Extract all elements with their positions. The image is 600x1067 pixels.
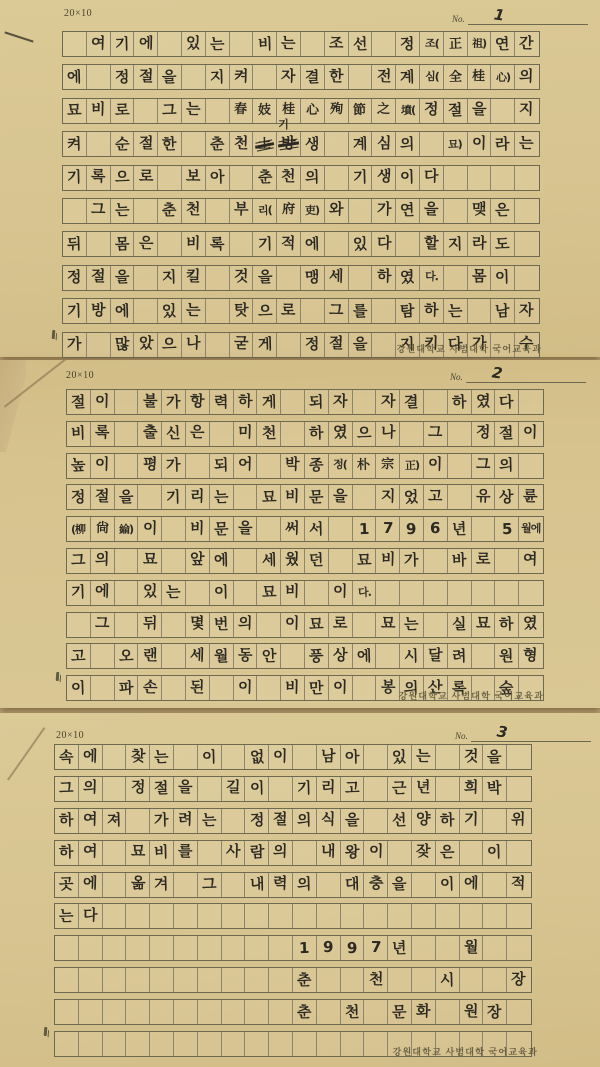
grid-cell xyxy=(222,1000,246,1024)
grid-cell: 나 xyxy=(182,333,206,357)
grid-cell: 은 xyxy=(436,841,460,865)
handwritten-char: 고 xyxy=(71,649,86,664)
grid-cell xyxy=(150,1000,174,1024)
handwritten-char: 번 xyxy=(214,617,229,632)
grid-cell: 절 xyxy=(134,65,158,89)
grid-cell xyxy=(353,676,377,700)
grid-cell xyxy=(174,968,198,992)
grid-cell xyxy=(174,904,198,928)
grid-cell: 정 xyxy=(472,422,496,446)
grid-cell: 옮 xyxy=(126,873,150,897)
handwritten-char: 로 xyxy=(333,616,348,631)
grid-cell xyxy=(150,904,174,928)
handwritten-char: 墳( xyxy=(400,105,414,116)
grid-cell: 의 xyxy=(79,777,103,801)
handwritten-char: 1 xyxy=(359,522,370,537)
handwritten-char: 지 xyxy=(162,270,177,285)
handwritten-char: 을 xyxy=(344,813,359,828)
grid-row: 비록출신은미천하였으나그정절이 xyxy=(66,421,544,447)
handwritten-char: 남 xyxy=(495,303,510,318)
handwritten-char: 로 xyxy=(115,103,130,118)
grid-cell: 보 xyxy=(182,166,206,190)
handwritten-char: 켜 xyxy=(234,69,249,84)
grid-cell xyxy=(317,873,341,897)
handwritten-char: 월 xyxy=(214,649,229,664)
handwritten-char: 로 xyxy=(281,302,296,317)
handwritten-char: 장 xyxy=(511,972,526,987)
handwritten-char: 있 xyxy=(352,237,367,252)
grid-cell: 비 xyxy=(67,422,91,446)
grid-cell: 之 xyxy=(372,99,396,123)
handwritten-char: 다 xyxy=(424,169,439,184)
grid-cell: 절 xyxy=(87,266,111,290)
grid-cell: 이 xyxy=(245,777,269,801)
handwritten-char: 절 xyxy=(329,336,344,351)
grid-cell xyxy=(134,99,158,123)
handwritten-char: 의 xyxy=(297,877,312,892)
grid-cell xyxy=(483,809,507,833)
grid-cell xyxy=(424,390,448,414)
grid-cell: 9 xyxy=(400,517,424,541)
grid-cell: 을 xyxy=(234,517,258,541)
grid-cell xyxy=(87,132,111,156)
grid-cell xyxy=(388,968,412,992)
handwritten-char: 절 xyxy=(154,781,169,796)
grid-cell xyxy=(115,549,139,573)
grid-cell xyxy=(507,1000,530,1024)
handwritten-char: 연 xyxy=(495,36,510,51)
handwritten-char: 리 xyxy=(321,780,336,795)
grid-cell xyxy=(341,1032,365,1056)
handwritten-char: 몸 xyxy=(115,237,130,252)
grid-cell: 선 xyxy=(388,809,412,833)
handwritten-char: 그 xyxy=(162,103,177,118)
grid-cell xyxy=(186,454,210,478)
grid-cell: 내 xyxy=(317,841,341,865)
grid-cell xyxy=(103,1032,127,1056)
handwritten-char: 하 xyxy=(309,426,324,441)
handwritten-char: 묘 xyxy=(261,490,276,505)
grid-cell: 절 xyxy=(67,390,91,414)
grid-cell xyxy=(234,549,258,573)
grid-cell: 조 xyxy=(325,32,349,56)
handwritten-char: 이 xyxy=(238,679,253,694)
handwritten-char: 宗 xyxy=(381,458,394,471)
handwritten-char: 속 xyxy=(59,749,74,764)
grid-cell xyxy=(206,266,230,290)
university-stamp: 강원대학교 사범대학 국어교육과 xyxy=(399,689,544,702)
handwritten-char: 신 xyxy=(166,426,181,441)
handwritten-char: 절 xyxy=(448,103,463,118)
handwritten-char: 킬 xyxy=(186,269,201,284)
handwritten-char: 에 xyxy=(214,553,229,568)
handwritten-char: 자 xyxy=(380,393,395,408)
grid-cell: 정 xyxy=(67,485,91,509)
grid-cell xyxy=(55,936,79,960)
grid-cell: 기 xyxy=(293,777,317,801)
handwritten-char: 양 xyxy=(416,812,431,827)
grid-cell: 정 xyxy=(111,65,135,89)
grid-cell xyxy=(519,390,542,414)
grid-cell xyxy=(162,517,186,541)
grid-cell xyxy=(222,745,246,769)
grid-cell: 이 xyxy=(281,613,305,637)
paper-size-label: 20×10 xyxy=(56,730,84,741)
grid-cell xyxy=(468,299,492,323)
handwritten-char: 하 xyxy=(238,393,253,408)
grid-cell xyxy=(436,777,460,801)
handwritten-char: 불 xyxy=(142,393,157,408)
manuscript-page-2: 20×10 No. 2 절이불가항력하게되자자결하였다비록출신은미천하였으나그정… xyxy=(0,360,600,708)
grid-cell xyxy=(174,1032,198,1056)
handwritten-char: 되 xyxy=(214,458,229,473)
grid-cell xyxy=(293,841,317,865)
handwritten-char: 결 xyxy=(305,70,320,85)
grid-cell: 묘 xyxy=(257,581,281,605)
handwritten-char: 절 xyxy=(138,69,153,84)
handwritten-char: 적 xyxy=(281,236,296,251)
grid-cell xyxy=(198,1000,222,1024)
grid-cell: 된 xyxy=(186,676,210,700)
margin-mark xyxy=(52,330,56,339)
handwritten-char: 풍 xyxy=(309,649,324,664)
grid-cell: 었 xyxy=(400,485,424,509)
grid-cell: 여 xyxy=(519,549,542,573)
grid-cell: 양 xyxy=(412,809,436,833)
page-number-handwritten: 1 xyxy=(493,5,506,24)
grid-cell: 다 xyxy=(79,904,103,928)
grid-cell xyxy=(222,968,246,992)
handwritten-char: 유 xyxy=(476,489,491,504)
handwritten-char: 心 xyxy=(306,104,319,117)
grid-cell: 묘 xyxy=(472,613,496,637)
handwritten-char: 많 xyxy=(115,337,130,352)
handwritten-char: 吏) xyxy=(305,205,319,216)
grid-cell xyxy=(138,485,162,509)
grid-cell: 을 xyxy=(420,199,444,223)
grid-cell xyxy=(515,199,538,223)
grid-cell: 뒤 xyxy=(63,232,87,256)
grid-cell: 박 xyxy=(483,777,507,801)
grid-cell: 비 xyxy=(281,581,305,605)
handwritten-char: 절 xyxy=(138,135,153,150)
grid-cell xyxy=(396,232,420,256)
grid-cell: 화 xyxy=(412,1000,436,1024)
grid-cell: 이 xyxy=(519,422,542,446)
grid-cell: 는 xyxy=(444,299,468,323)
handwritten-char: 이 xyxy=(440,877,455,892)
grid-cell: 절 xyxy=(495,422,519,446)
handwritten-char: 문 xyxy=(392,1004,407,1019)
handwritten-char: 尙 xyxy=(96,522,109,535)
grid-cell xyxy=(134,266,158,290)
grid-cell: 원 xyxy=(495,644,519,668)
grid-cell xyxy=(115,613,139,637)
grid-cell: 춘 xyxy=(158,199,182,223)
handwritten-char: 는 xyxy=(448,303,463,318)
handwritten-char: 이 xyxy=(472,135,487,150)
handwritten-char: 節 xyxy=(353,104,366,117)
grid-row: 고오랜세월동안풍상에시달려원형 xyxy=(66,643,544,669)
grid-cell: 여 xyxy=(79,809,103,833)
grid-cell xyxy=(103,873,127,897)
grid-cell xyxy=(206,333,230,357)
grid-cell: 묘 xyxy=(126,841,150,865)
handwritten-char: 선 xyxy=(392,813,407,828)
grid-cell: 는 xyxy=(150,745,174,769)
grid-cell xyxy=(79,1000,103,1024)
handwritten-char: 는 xyxy=(59,909,74,924)
handwritten-char: 에 xyxy=(83,748,98,763)
grid-cell: 게 xyxy=(253,333,277,357)
handwritten-char: 왕 xyxy=(344,845,359,860)
handwritten-char: 가 xyxy=(154,813,169,828)
handwritten-char: 하 xyxy=(59,813,74,828)
grid-cell: 기 xyxy=(162,485,186,509)
grid-cell: 다 xyxy=(495,390,519,414)
grid-cell: 유 xyxy=(472,485,496,509)
handwritten-char: 6 xyxy=(430,521,441,536)
grid-cell xyxy=(79,1032,103,1056)
handwritten-char: 기 xyxy=(464,812,479,827)
grid-cell: 하 xyxy=(55,809,79,833)
handwritten-char: 묘 xyxy=(261,585,276,600)
grid-cell xyxy=(103,841,127,865)
handwritten-char: 에 xyxy=(115,303,130,318)
grid-cell xyxy=(186,581,210,605)
grid-cell xyxy=(317,904,341,928)
grid-cell: 번 xyxy=(210,613,234,637)
grid-cell xyxy=(460,904,484,928)
grid-cell: 비 xyxy=(87,99,111,123)
grid-cell: 그 xyxy=(198,873,222,897)
handwritten-char: 이 xyxy=(333,679,348,694)
handwritten-char: 순 xyxy=(115,136,130,151)
handwritten-char: 자 xyxy=(281,69,296,84)
grid-cell xyxy=(436,936,460,960)
grid-cell: 봉 xyxy=(376,676,400,700)
handwritten-char: 桂 xyxy=(472,70,485,83)
handwritten-char: 문 xyxy=(309,490,324,505)
handwritten-char: 기 xyxy=(67,170,82,185)
grid-cell xyxy=(158,232,182,256)
grid-cell: 되 xyxy=(210,454,234,478)
grid-cell: 비 xyxy=(182,232,206,256)
handwritten-char: 비 xyxy=(154,845,169,860)
grid-row: 그는춘천부리(府吏)와가연을맺은 xyxy=(62,198,540,224)
handwritten-char: 시 xyxy=(440,973,455,988)
grid-cell: 실 xyxy=(448,613,472,637)
grid-cell: 록 xyxy=(87,166,111,190)
grid-cell xyxy=(412,968,436,992)
margin-mark xyxy=(44,1027,48,1036)
grid-cell: 출 xyxy=(138,422,162,446)
handwritten-char: 지 xyxy=(519,102,534,117)
grid-cell xyxy=(376,581,400,605)
grid-cell: 웠 xyxy=(281,549,305,573)
handwritten-char: 정 xyxy=(130,780,145,795)
handwritten-char: 조( xyxy=(424,37,438,48)
grid-cell xyxy=(126,809,150,833)
grid-cell xyxy=(277,266,301,290)
grid-cell: 문 xyxy=(388,1000,412,1024)
handwritten-char: 는 xyxy=(416,748,431,763)
handwritten-char: 종 xyxy=(309,458,324,473)
handwritten-char: 묘 xyxy=(356,553,371,568)
handwritten-char: 은 xyxy=(495,203,510,218)
grid-cell: 節 xyxy=(349,99,373,123)
grid-cell: 있 xyxy=(349,232,373,256)
handwritten-char: 정 xyxy=(476,425,491,440)
grid-cell xyxy=(182,65,206,89)
grid-cell: 그 xyxy=(158,99,182,123)
grid-cell: 의 xyxy=(515,65,538,89)
grid-cell: 은 xyxy=(186,422,210,446)
grid-cell: 져 xyxy=(103,809,127,833)
grid-cell xyxy=(210,676,234,700)
handwritten-char: 지 xyxy=(448,237,463,252)
grid-cell xyxy=(412,904,436,928)
grid-cell: 년 xyxy=(388,936,412,960)
grid-cell xyxy=(115,454,139,478)
grid-cell: 9 xyxy=(341,936,365,960)
grid-cell xyxy=(162,549,186,573)
handwritten-char: 였 xyxy=(333,425,348,440)
grid-cell: 몸 xyxy=(111,232,135,256)
handwritten-char: 는 xyxy=(115,203,130,218)
grid-cell: 에 xyxy=(460,873,484,897)
grid-cell: 아 xyxy=(341,745,365,769)
handwritten-char: 월 xyxy=(464,940,479,955)
handwritten-char: 9 xyxy=(323,940,334,955)
handwritten-char: 에 xyxy=(83,876,98,891)
handwritten-char: 형 xyxy=(523,648,538,663)
grid-cell xyxy=(198,841,222,865)
grid-cell: 결 xyxy=(301,65,325,89)
grid-cell: 가 xyxy=(400,549,424,573)
grid-cell xyxy=(491,99,515,123)
grid-cell: 굳 xyxy=(230,333,254,357)
grid-cell xyxy=(206,299,230,323)
handwritten-char: 내 xyxy=(321,844,336,859)
handwritten-char: 였 xyxy=(400,270,415,285)
grid-cell: 지 xyxy=(376,485,400,509)
grid-cell: 묘 xyxy=(138,549,162,573)
grid-cell xyxy=(269,1000,293,1024)
grid-cell: 장 xyxy=(507,968,530,992)
grid-row: 춘천시장 xyxy=(54,967,532,993)
grid-cell: 심 xyxy=(372,132,396,156)
grid-cell xyxy=(424,581,448,605)
grid-cell: 남 xyxy=(491,299,515,323)
grid-row: 속에찾는이없이남아있는것을 xyxy=(54,744,532,770)
grid-cell: 은 xyxy=(134,232,158,256)
grid-cell: 써 xyxy=(281,517,305,541)
grid-cell xyxy=(269,777,293,801)
handwritten-char: 옮 xyxy=(130,876,145,891)
grid-cell xyxy=(491,166,515,190)
handwritten-char: 잦 xyxy=(416,844,431,859)
handwritten-char: 비 xyxy=(285,679,300,694)
handwritten-char: 그 xyxy=(95,616,110,631)
grid-row: 에정절을지켜자결한전계심(全桂心)의 xyxy=(62,64,540,90)
grid-cell: 심( xyxy=(420,65,444,89)
handwritten-char: 심 xyxy=(376,135,391,150)
grid-cell xyxy=(277,333,301,357)
grid-cell: 1 xyxy=(353,517,377,541)
scanned-manuscript: { "doc": { "paper_label": "20×10", "no_l… xyxy=(0,0,600,1067)
handwritten-char: 하 xyxy=(59,845,74,860)
grid-cell: 이 xyxy=(67,676,91,700)
handwritten-char: 이 xyxy=(214,585,229,600)
university-stamp: 강원대학교 사범대학 국어교육과 xyxy=(397,342,542,355)
grid-cell: 이 xyxy=(364,841,388,865)
grid-cell: 妓 xyxy=(253,99,277,123)
grid-cell xyxy=(412,936,436,960)
handwritten-char: 대 xyxy=(344,877,359,892)
grid-cell xyxy=(325,166,349,190)
grid-cell: 부 xyxy=(230,199,254,223)
handwritten-char: 안 xyxy=(261,649,276,664)
handwritten-char: 그 xyxy=(428,425,443,440)
handwritten-char: 천 xyxy=(186,202,201,217)
grid-cell: 가 xyxy=(372,199,396,223)
grid-cell: 묘) xyxy=(444,132,468,156)
handwritten-char: 묘 xyxy=(476,616,491,631)
grid-cell: 였 xyxy=(396,266,420,290)
handwritten-char: 서 xyxy=(309,521,324,536)
grid-cell xyxy=(103,904,127,928)
handwritten-char: 는 xyxy=(166,585,181,600)
grid-cell: 있 xyxy=(182,32,206,56)
handwritten-char: 다 xyxy=(499,394,514,409)
grid-cell xyxy=(269,936,293,960)
grid-cell xyxy=(126,1032,150,1056)
handwritten-char: 춘 xyxy=(210,136,225,151)
handwritten-char: 달 xyxy=(428,648,443,663)
grid-cell xyxy=(444,266,468,290)
grid-cell xyxy=(293,745,317,769)
grid-cell: 의 xyxy=(91,549,115,573)
grid-cell: 지 xyxy=(515,99,538,123)
handwritten-char: 이 xyxy=(95,457,110,472)
handwritten-char: 자 xyxy=(519,302,534,317)
grid-cell: 이 xyxy=(424,454,448,478)
grid-cell xyxy=(126,1000,150,1024)
grid-cell: 절 xyxy=(150,777,174,801)
grid-cell: 불 xyxy=(138,390,162,414)
grid-cell: 에 xyxy=(210,549,234,573)
grid-cell xyxy=(448,485,472,509)
grid-cell: 서 xyxy=(305,517,329,541)
grid-cell: 몇 xyxy=(186,613,210,637)
handwritten-char: 이 xyxy=(400,170,415,185)
grid-cell xyxy=(364,1000,388,1024)
handwritten-char: 리( xyxy=(258,205,272,216)
grid-row: (柳尙綸)이비문을써서1796년5월에 xyxy=(66,516,544,542)
handwritten-char: 으 xyxy=(162,337,177,352)
grid-cell xyxy=(162,676,186,700)
handwritten-char: 에 xyxy=(67,70,82,85)
grid-cell: 맺 xyxy=(468,199,492,223)
handwritten-char: 춘 xyxy=(162,203,177,218)
handwritten-char: 없 xyxy=(249,749,264,764)
handwritten-char: 가 xyxy=(404,553,419,568)
grid-cell xyxy=(79,936,103,960)
handwritten-char: 던 xyxy=(309,553,324,568)
grid-cell: 천 xyxy=(182,199,206,223)
handwritten-char: 여 xyxy=(83,844,98,859)
